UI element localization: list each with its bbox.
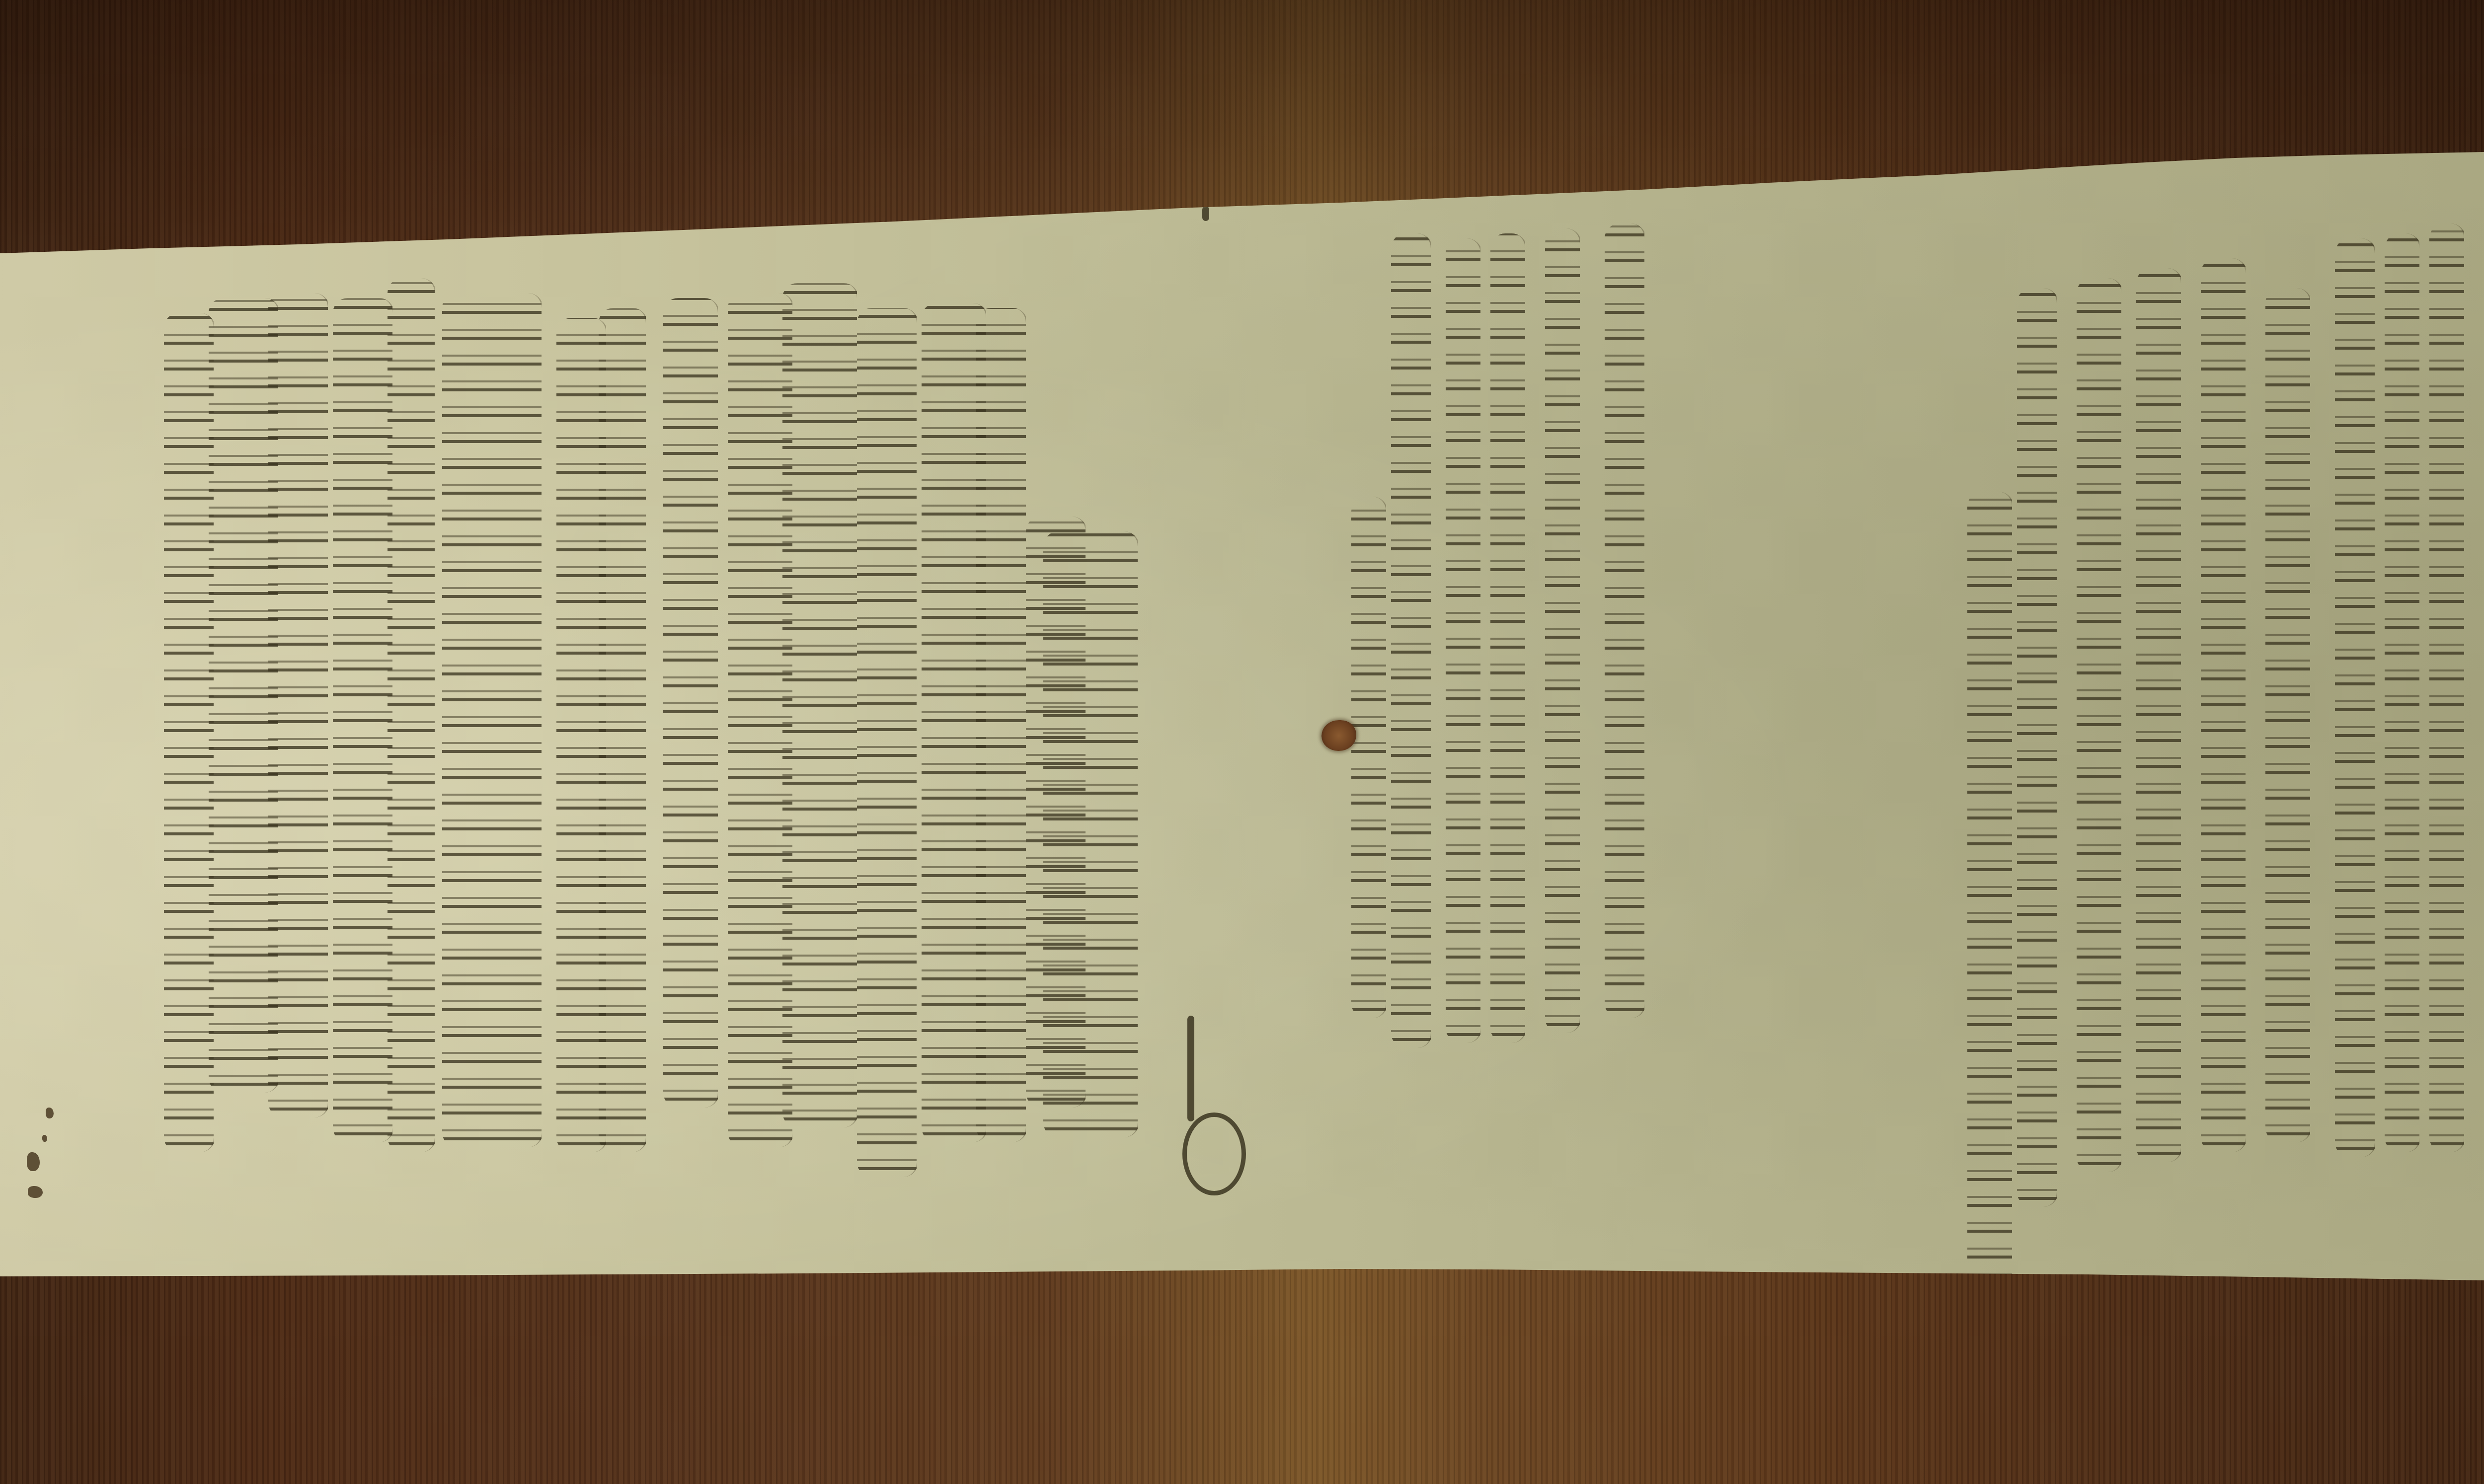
ink-strokes <box>728 293 792 1147</box>
ink-strokes <box>2077 278 2121 1172</box>
handwritten-line: [illegible handwriting] <box>1490 233 1525 1043</box>
ink-strokes <box>388 278 435 1152</box>
ink-strokes <box>333 298 392 1142</box>
flourish-loop <box>1182 1113 1246 1195</box>
ink-strokes <box>556 318 606 1152</box>
handwritten-line: [illegible handwriting] <box>164 313 214 1152</box>
handwritten-line: [illegible handwriting] <box>2077 278 2121 1172</box>
ink-strokes <box>1490 233 1525 1043</box>
handwritten-line: [illegible handwriting] <box>2017 288 2057 1207</box>
ink-strokes <box>442 293 542 1147</box>
ink-stain <box>27 1152 40 1171</box>
ink-strokes <box>2429 223 2464 1152</box>
handwritten-line: [illegible handwriting] <box>209 298 278 1093</box>
ink-strokes <box>2335 238 2375 1157</box>
handwritten-line: [illegible handwriting] <box>2201 258 2246 1152</box>
handwritten-line: [illegible handwriting] <box>1391 233 1431 1048</box>
handwritten-line: [illegible handwriting] <box>922 303 986 1142</box>
ink-stain <box>42 1135 47 1142</box>
paper-hole <box>1321 720 1356 751</box>
photo-scene: Manuscript sheet Right text column [ille… <box>0 0 2484 1484</box>
handwritten-line: [illegible handwriting] <box>2335 238 2375 1157</box>
handwritten-line: [illegible handwriting] <box>1026 517 1086 1108</box>
ink-tick-mark <box>1202 206 1209 221</box>
handwritten-line: [illegible handwriting] <box>2136 268 2181 1162</box>
handwritten-line: [illegible handwriting] <box>442 293 542 1147</box>
ink-strokes <box>1391 233 1431 1048</box>
handwritten-line: [illegible handwriting] <box>728 293 792 1147</box>
handwritten-line: [illegible handwriting] <box>2385 233 2419 1152</box>
handwritten-line: [illegible handwriting] <box>1545 228 1580 1033</box>
ink-strokes <box>1605 223 1644 1018</box>
ink-strokes <box>857 308 917 1177</box>
handwritten-line: [illegible handwriting] <box>1446 238 1480 1043</box>
ink-strokes <box>2017 288 2057 1207</box>
handwritten-line: [illegible handwriting] <box>388 278 435 1152</box>
ink-strokes <box>2201 258 2246 1152</box>
ink-flourish-mark <box>1177 1016 1242 1192</box>
handwritten-line: [illegible handwriting] <box>1351 497 1386 1018</box>
handwritten-line: [illegible handwriting] <box>2265 288 2310 1142</box>
ink-strokes <box>2265 288 2310 1142</box>
ink-strokes <box>922 303 986 1142</box>
ink-stain <box>46 1108 54 1118</box>
flourish-stem <box>1187 1016 1194 1121</box>
ink-strokes <box>2136 268 2181 1162</box>
handwritten-line: [illegible handwriting] <box>2429 223 2464 1152</box>
ink-strokes <box>663 298 718 1108</box>
ink-strokes <box>1545 228 1580 1033</box>
ink-strokes <box>2385 233 2419 1152</box>
ink-strokes <box>209 298 278 1093</box>
ink-strokes <box>164 313 214 1152</box>
handwritten-line: [illegible handwriting] <box>782 283 857 1127</box>
ink-strokes <box>1967 492 2012 1291</box>
handwritten-line: [illegible handwriting] <box>333 298 392 1142</box>
handwritten-line: [illegible handwriting] <box>1967 492 2012 1291</box>
ink-stain <box>28 1186 43 1198</box>
ink-strokes <box>782 283 857 1127</box>
ink-strokes <box>1026 517 1086 1108</box>
handwritten-line: [illegible handwriting] <box>1605 223 1644 1018</box>
ink-strokes <box>1351 497 1386 1018</box>
handwritten-line: [illegible handwriting] <box>857 308 917 1177</box>
ink-strokes <box>1446 238 1480 1043</box>
handwritten-line: [illegible handwriting] <box>663 298 718 1108</box>
handwritten-line: [illegible handwriting] <box>556 318 606 1152</box>
